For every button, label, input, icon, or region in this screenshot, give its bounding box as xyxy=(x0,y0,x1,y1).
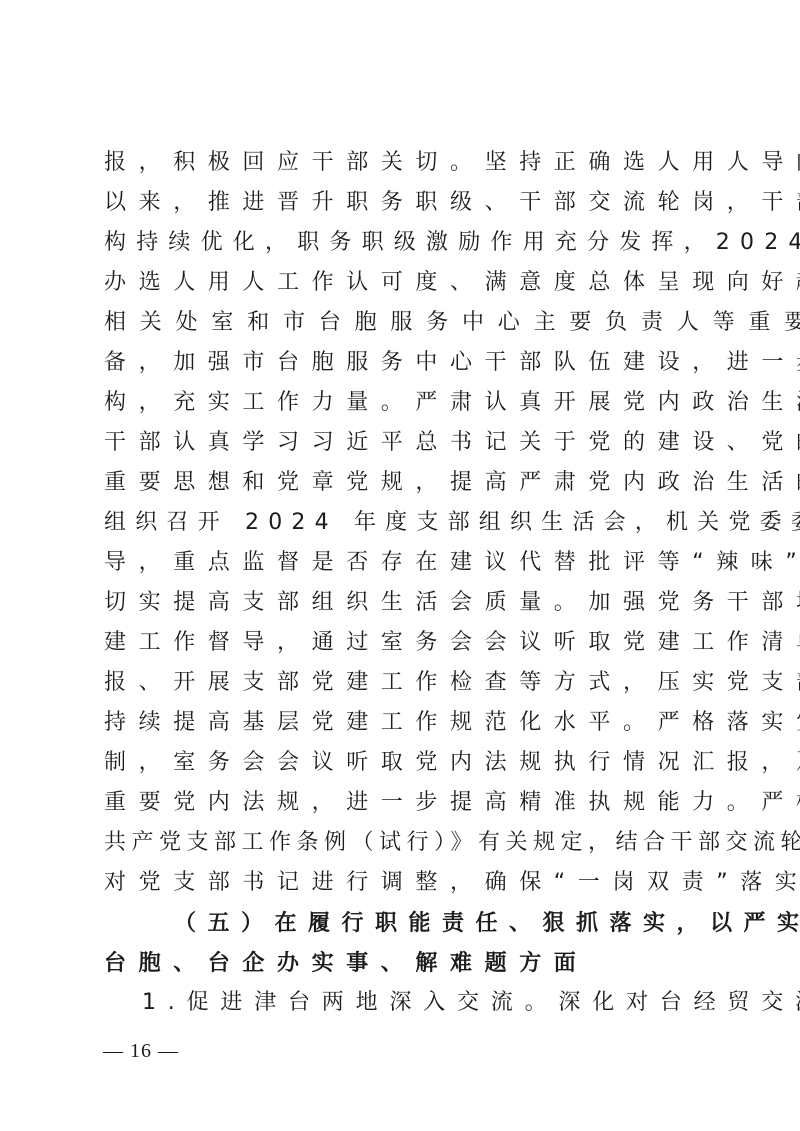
text-line: 共产党支部工作条例（试行）》有关规定，结合干部交流轮岗， xyxy=(104,823,704,863)
text-line: 干部认真学习习近平总书记关于党的建设、党的自我革命的 xyxy=(104,423,704,463)
text-line: 构，充实工作力量。严肃认真开展党内政治生活，组织党员 xyxy=(104,383,704,423)
text-line: 对党支部书记进行调整，确保“一岗双责”落实到位。 xyxy=(104,863,704,903)
text-line: 重要思想和党章党规，提高严肃党内政治生活的思想自觉。 xyxy=(104,463,704,503)
section-heading-continued: 台胞、台企办实事、解难题方面 xyxy=(104,943,704,983)
text-line: 组织召开 2024 年度支部组织生活会，机关党委委员列席督 xyxy=(104,503,704,543)
text-line: 备，加强市台胞服务中心干部队伍建设，进一步优化梯次结 xyxy=(104,343,704,383)
text-line: 办选人用人工作认可度、满意度总体呈现向好趋势。强化办 xyxy=(104,263,704,303)
section-heading: （五）在履行职能责任、狠抓落实，以严实工作作风为 xyxy=(104,903,704,943)
document-page: 报，积极回应干部关切。坚持正确选人用人导向，接受巡视 以来，推进晋升职务职级、干… xyxy=(0,0,800,1131)
text-line: 相关处室和市台胞服务中心主要负责人等重要岗位人员配 xyxy=(104,303,704,343)
text-line: 持续提高基层党建工作规范化水平。严格落实党内法规责任 xyxy=(104,703,704,743)
text-line: 建工作督导，通过室务会会议听取党建工作清单落实情况汇 xyxy=(104,623,704,663)
numbered-item: 1.促进津台两地深入交流。深化对台经贸交流合作，建 xyxy=(104,983,704,1023)
text-line: 导，重点监督是否存在建议代替批评等“辣味”不足问题， xyxy=(104,543,704,583)
text-line: 报、开展支部党建工作检查等方式，压实党支部书记责任， xyxy=(104,663,704,703)
text-line: 切实提高支部组织生活会质量。加强党务干部培训和支部党 xyxy=(104,583,704,623)
page-number: — 16 — xyxy=(103,1040,179,1063)
text-line: 报，积极回应干部关切。坚持正确选人用人导向，接受巡视 xyxy=(104,143,704,183)
text-line: 以来，推进晋升职务职级、干部交流轮岗，干部队伍梯次结 xyxy=(104,183,704,223)
text-line: 重要党内法规，进一步提高精准执规能力。严格执行《中国 xyxy=(104,783,704,823)
body-text: 报，积极回应干部关切。坚持正确选人用人导向，接受巡视 以来，推进晋升职务职级、干… xyxy=(104,143,704,1023)
text-line: 构持续优化，职务职级激励作用充分发挥，2024 年度市委台 xyxy=(104,223,704,263)
text-line: 制，室务会会议听取党内法规执行情况汇报，及时跟进学习 xyxy=(104,743,704,783)
